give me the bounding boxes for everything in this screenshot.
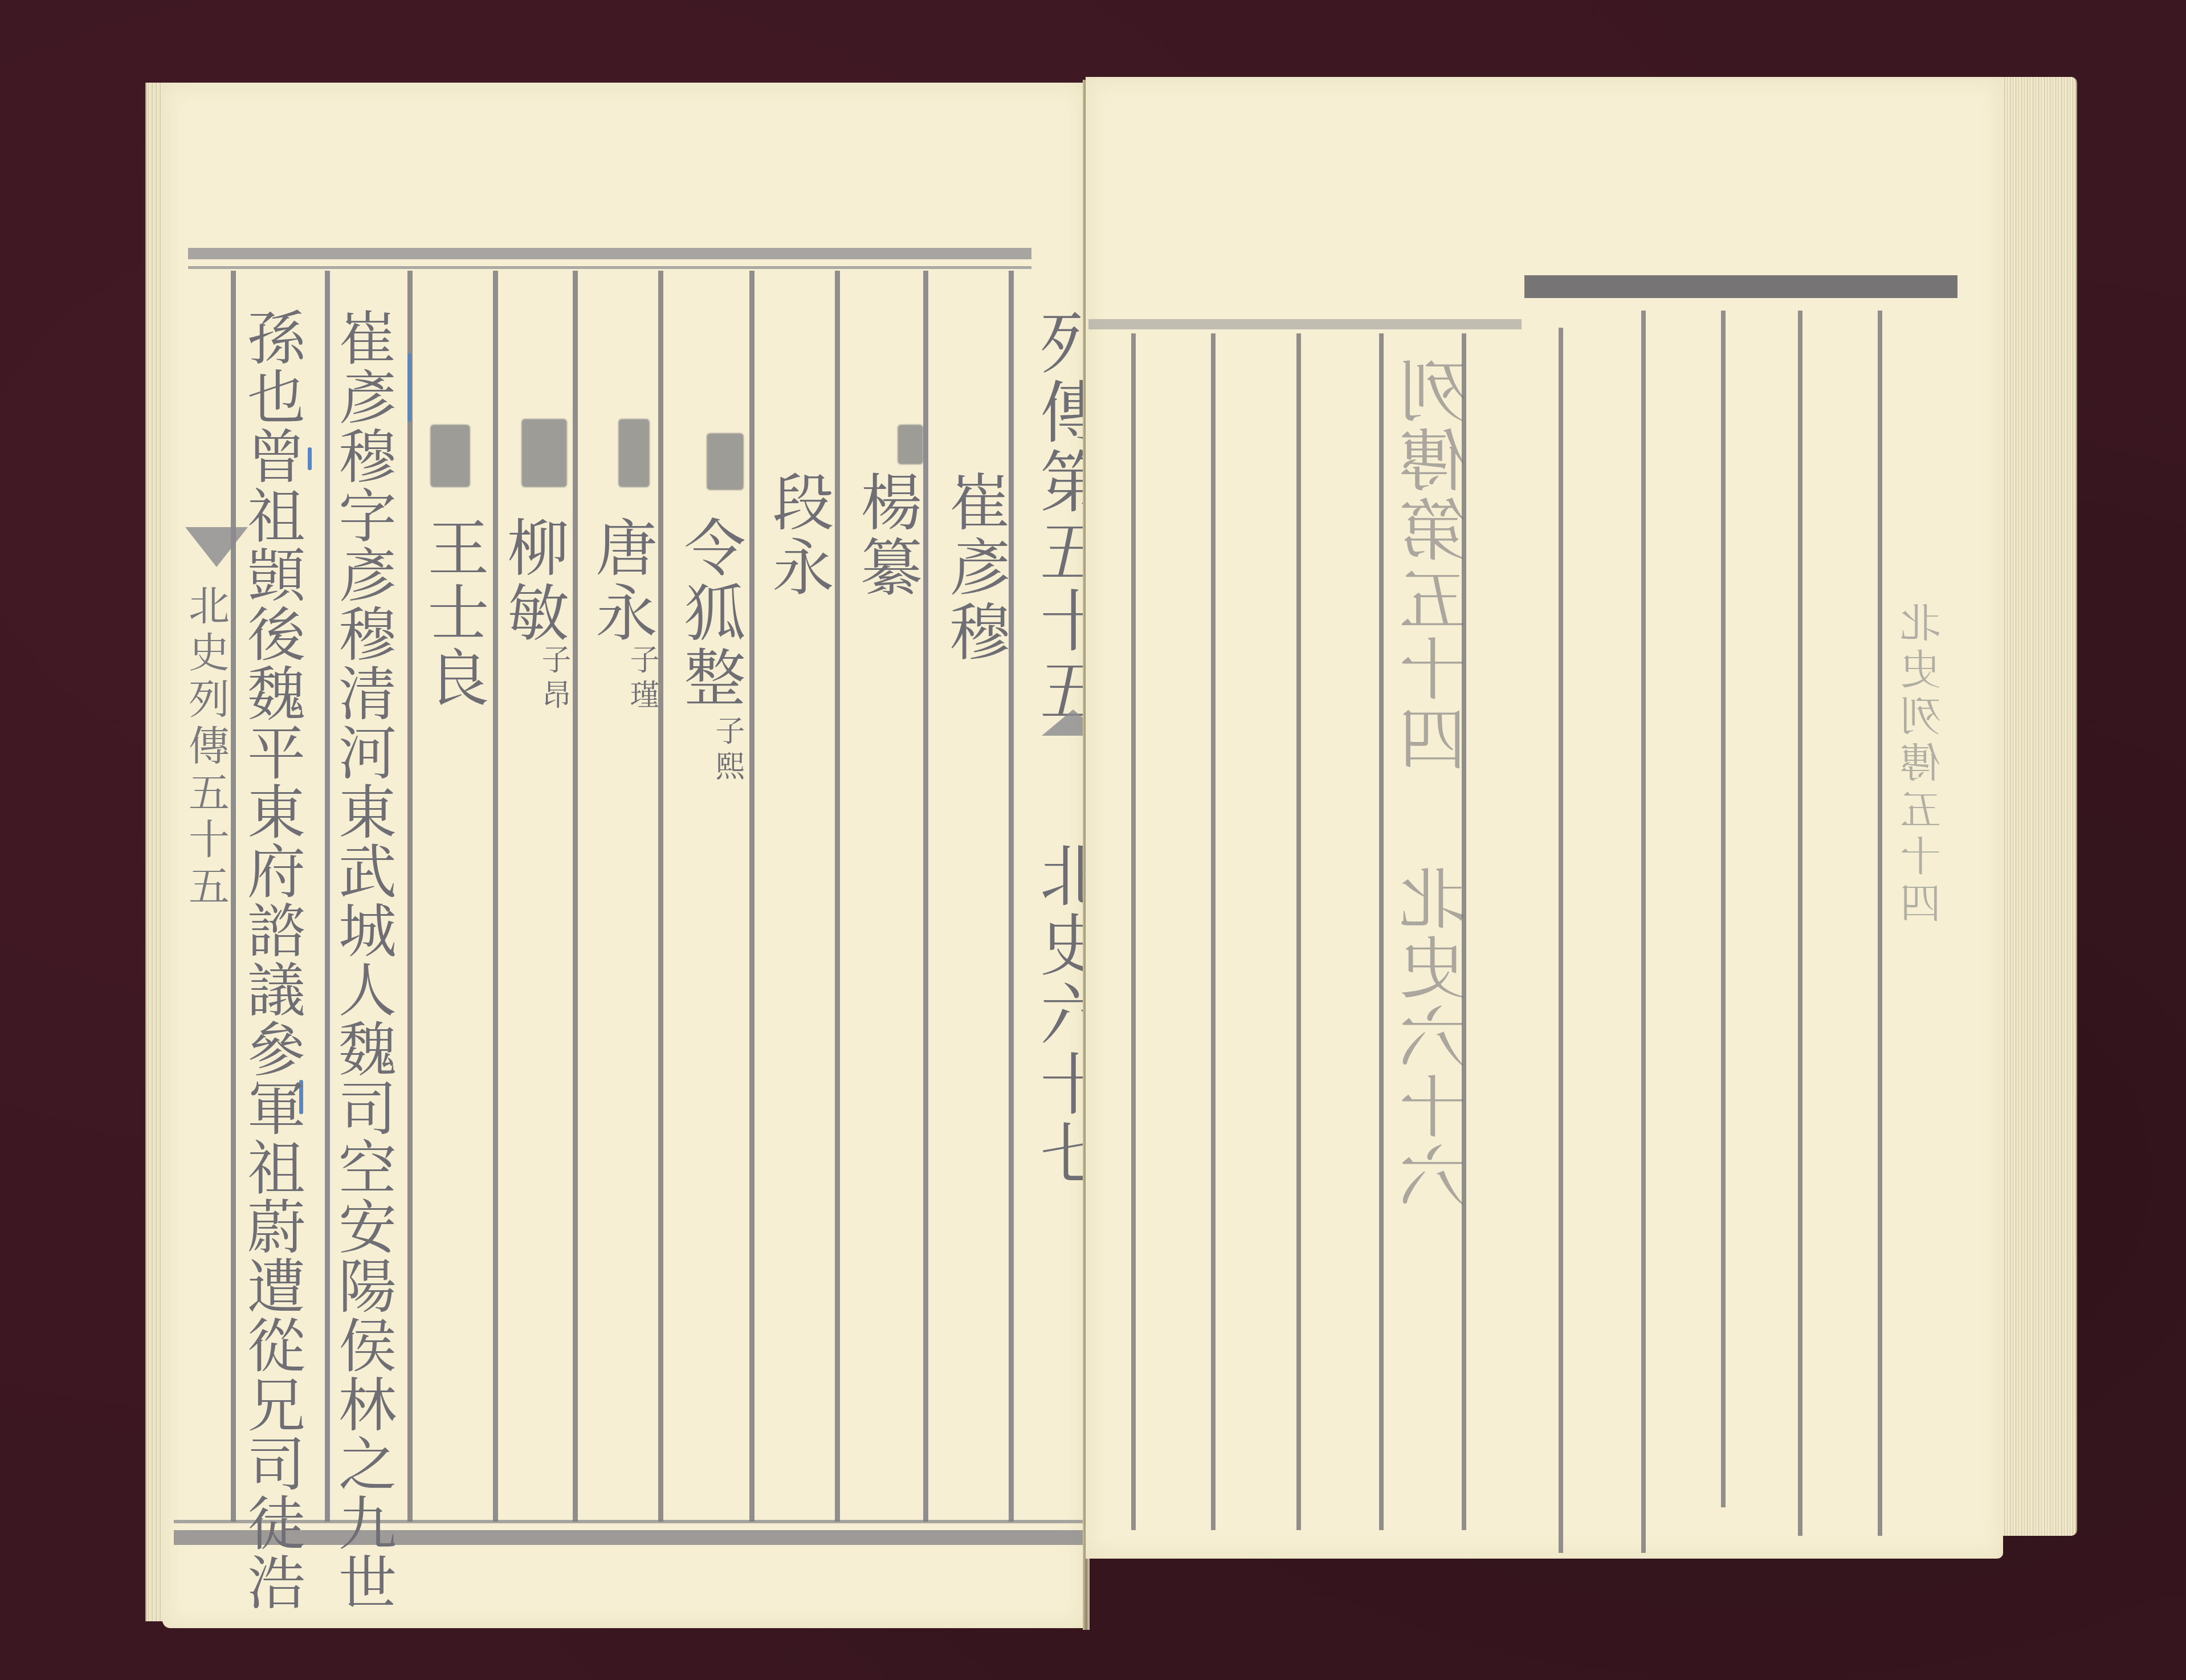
column-rule	[1798, 311, 1802, 1536]
ink-smudge	[521, 419, 567, 487]
top-border-thin-rule	[188, 266, 1031, 269]
column-rule	[1009, 271, 1014, 1522]
contents-entry-cui-yanmu: 崔彥穆	[943, 470, 1005, 665]
ink-smudge	[618, 419, 650, 487]
body-line-2: 孫也曾祖顗後魏平東府諮議參軍祖蔚遭從兄司徒浩	[242, 308, 300, 1612]
margin-label: 北史列傳五十五	[185, 584, 226, 911]
contents-entry-yang-zuan: 楊纂	[855, 470, 916, 600]
contents-entry-linghu-zheng: 令狐整	[678, 516, 740, 711]
show-through-column-rule	[1211, 333, 1216, 1530]
contents-entry-tang-yong: 唐永	[590, 516, 651, 646]
ink-smudge	[898, 425, 923, 464]
column-rule	[231, 271, 236, 1522]
column-rule	[573, 271, 578, 1522]
column-rule	[749, 271, 755, 1522]
bottom-border-rule	[174, 1530, 1086, 1545]
blue-annotation-mark	[407, 353, 411, 422]
right-page: 列傳第五十四 北史六十六 北史列傳五十四	[1086, 77, 2003, 1559]
ink-smudge	[707, 433, 744, 490]
top-border-rule	[188, 248, 1031, 259]
body-line-1: 崔彥穆字彥穆清河東武城人魏司空安陽侯林之九世	[333, 308, 391, 1612]
column-rule	[835, 271, 840, 1522]
show-through-column-rule	[1131, 333, 1136, 1530]
show-through-column-rule	[1379, 333, 1384, 1530]
contents-entry-wang-shiliang: 王士良	[422, 516, 483, 711]
show-through-column-rule	[1296, 333, 1301, 1530]
column-rule	[1641, 311, 1646, 1553]
column-rule	[923, 271, 928, 1522]
contents-entry-linghu-zheng-son: 子熙	[712, 715, 742, 786]
column-rule	[1878, 311, 1882, 1536]
column-rule	[658, 271, 663, 1522]
contents-entry-liu-min: 柳敏	[501, 516, 563, 646]
column-rule	[493, 271, 498, 1522]
contents-entry-liu-min-son: 子昂	[539, 644, 568, 715]
blue-annotation-mark	[308, 447, 312, 470]
left-page: 列傳第五十五 北史六十七 崔彥穆 楊纂 段永 令狐整 子熙 唐永 子瑾 柳敏 子…	[162, 83, 1086, 1628]
right-page-edges	[1999, 77, 2077, 1536]
column-rule	[1721, 311, 1726, 1507]
show-through-top-rule	[1088, 319, 1522, 329]
show-through-margin: 北史列傳五十四	[1903, 601, 1944, 928]
contents-entry-tang-yong-son: 子瑾	[627, 644, 656, 715]
open-book: 列傳第五十五 北史六十七 崔彥穆 楊纂 段永 令狐整 子熙 唐永 子瑾 柳敏 子…	[145, 77, 2077, 1633]
contents-entry-duan-yong: 段永	[766, 470, 828, 600]
ink-smudge	[430, 425, 470, 487]
column-rule	[1559, 328, 1563, 1553]
show-through-heading: 列傳第五十四	[1405, 356, 1472, 773]
show-through-top-rule-dark	[1524, 275, 1957, 298]
margin-fishtail-mark	[185, 527, 248, 567]
bottom-border-thin-rule	[174, 1520, 1086, 1523]
show-through-note: 北史六十六	[1405, 863, 1472, 1211]
column-rule	[407, 271, 413, 1522]
